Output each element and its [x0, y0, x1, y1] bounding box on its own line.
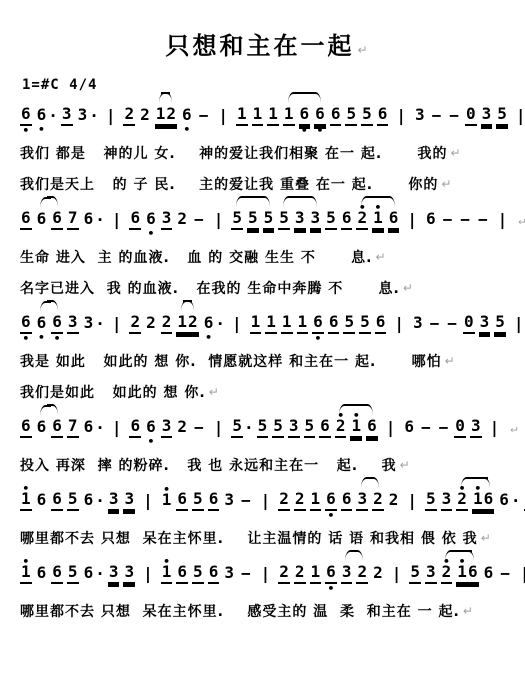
high-octave-dot: • — [459, 483, 466, 494]
barline: | — [143, 566, 153, 582]
note: 5 — [359, 314, 371, 334]
note: 6 — [20, 210, 32, 230]
note: 3 — [223, 492, 235, 510]
note: 6 — [129, 210, 141, 230]
note-digit: 5 — [304, 418, 316, 438]
note-digit: 3 — [108, 564, 120, 584]
note-digit: 6 — [51, 210, 63, 230]
lyric-line: 我们是天上 的 子 民. 主的爱让我 重叠 在一 起. 你的↵ — [14, 168, 519, 199]
augmentation-dot: · — [511, 493, 521, 509]
note-digit: 5 — [247, 210, 259, 230]
note-digit: 6 — [83, 565, 95, 583]
lyric-line: 我们是如此 如此的 想 你.↵ — [14, 376, 519, 407]
note-digit: 6 — [388, 210, 400, 230]
note-digit: 6 — [51, 314, 63, 334]
note: 2• — [456, 491, 468, 511]
note: 5 — [496, 106, 508, 126]
lyric-text: 我是 如此 如此的 想 你. 情愿就这样 和主在一 起. 哪怕 — [20, 351, 442, 371]
note-digit: 5 — [359, 314, 371, 334]
lyric-line: 哪里都不去 只想 呆在主怀里. 让主温情的 话 语 和我相 偎 依 我↵ — [14, 522, 519, 553]
note-digit: 6 — [129, 210, 141, 230]
note: 3 — [77, 107, 89, 125]
note-digit: 5 — [494, 314, 506, 334]
note-digit: 6 — [498, 492, 510, 510]
note-digit: 3 — [123, 564, 135, 584]
high-octave-dot: • — [443, 556, 450, 567]
note-digit: 3 — [294, 210, 306, 230]
lyric-line: 我们 都是 神的儿 女. 神的爱让我们相聚 在一 起. 我的↵ — [14, 137, 519, 168]
lyric-text: 我们 都是 神的儿 女. 神的爱让我们相聚 在一 起. 我的 — [20, 143, 448, 163]
note: 6 — [403, 419, 415, 437]
lyric-line: 我是 如此 如此的 想 你. 情愿就这样 和主在一 起. 哪怕↵ — [14, 345, 519, 376]
low-octave-dot: • — [301, 125, 308, 136]
note: 6 — [208, 564, 220, 584]
low-octave-dot: • — [205, 332, 212, 343]
note: 6• — [181, 107, 193, 125]
note-digit: 3 — [223, 492, 235, 510]
note-digit: 3 — [288, 418, 300, 438]
barline: | — [490, 420, 500, 436]
note-digit: 3 — [61, 106, 73, 126]
return-mark: ↵ — [400, 458, 411, 472]
lyric-line: 生命 进入 主 的血液. 血 的 交融 生生 不 息.↵ — [14, 241, 519, 272]
low-octave-dot: • — [38, 332, 45, 343]
augmentation-dot: · — [95, 420, 105, 436]
note-digit: 2 — [278, 491, 290, 511]
high-octave-dot: • — [163, 484, 170, 495]
note: 5 — [192, 564, 204, 584]
note-digit: 5 — [361, 106, 373, 126]
note-digit: 6 — [20, 106, 32, 126]
note-digit: 3 — [108, 491, 120, 511]
note-digit: 2 — [294, 491, 306, 511]
dash: − — [460, 212, 470, 228]
dash: − — [194, 420, 204, 436]
note: 5 — [272, 418, 284, 438]
note-digit: 5 — [278, 210, 290, 230]
note-digit: 2 — [356, 564, 368, 584]
low-octave-dot: • — [23, 125, 30, 136]
note: 6 — [176, 564, 188, 584]
note: 6 — [377, 106, 389, 126]
note: 1 — [250, 314, 262, 334]
note: 6• — [51, 314, 63, 334]
music-line: 1•6656·33|1•6563−|2216•322|532•1•66−|↵ — [14, 553, 519, 595]
note: 3 — [341, 564, 353, 584]
note: 5 — [325, 210, 337, 230]
note: 0 — [454, 418, 466, 438]
low-octave-dot: • — [328, 583, 335, 594]
note-digit: 5 — [325, 210, 337, 230]
note-digit: 6 — [176, 491, 188, 511]
low-octave-dot: • — [315, 333, 322, 344]
dash: − — [430, 316, 440, 332]
dash: − — [432, 108, 442, 124]
dash: − — [449, 108, 459, 124]
note: 3 — [223, 565, 235, 583]
note: 6 — [51, 564, 63, 584]
note-digit: 6 — [299, 106, 311, 126]
note-digit: 1 — [252, 106, 264, 126]
note: 5 — [67, 491, 79, 511]
note: 6 — [498, 492, 510, 510]
note: 6 — [36, 211, 48, 229]
note-digit: 7 — [67, 418, 79, 438]
note-digit: 3 — [356, 491, 368, 511]
note: 5 — [304, 418, 316, 438]
note: 3 — [310, 210, 322, 230]
lyric-text: 生命 进入 主 的血液. 血 的 交融 生生 不 息. — [20, 247, 373, 267]
note: 6 — [51, 210, 63, 230]
augmentation-dot: · — [48, 108, 58, 124]
note: 1• — [161, 492, 173, 510]
note: 1 — [283, 106, 295, 126]
music-line: 1•6656·33|1•6563−|2216•6322|532•1•66·3|↵ — [14, 480, 519, 522]
augmentation-dot: · — [215, 316, 225, 332]
note: 6 — [375, 314, 387, 334]
note-digit: 5 — [192, 491, 204, 511]
note: 3 — [61, 106, 73, 126]
note: 3 — [67, 314, 79, 334]
dash: − — [443, 212, 453, 228]
barline: | — [394, 316, 404, 332]
lyric-text: 投入 再深 摔 的粉碎. 我 也 永远和主在一 起. 我 — [20, 455, 397, 475]
note-digit: 6 — [51, 564, 63, 584]
return-mark: ↵ — [518, 214, 525, 226]
note-digit: 1 — [283, 106, 295, 126]
note-digit: 6 — [83, 419, 95, 437]
barline: | — [520, 566, 525, 582]
note-digit: 2 — [129, 314, 141, 334]
note: 3 — [294, 210, 306, 230]
key-signature: 1=#C 4/4 — [22, 77, 519, 93]
note-digit: 1 — [281, 314, 293, 334]
note-digit: 3 — [223, 565, 235, 583]
note: 6 — [467, 564, 479, 584]
note-digit: 3 — [67, 314, 79, 334]
note-digit: 3 — [83, 315, 95, 333]
lyric-line: 名字已进入 我 的血液. 在我的 生命中奔腾 不 息.↵ — [14, 272, 519, 303]
music-line: 66676·|66•32−|555533562•1•6|6−−−|↵ — [14, 199, 519, 241]
note-digit: 6 — [20, 418, 32, 438]
note: 2 — [278, 564, 290, 584]
note: 2 — [145, 315, 157, 333]
return-mark: ↵ — [463, 604, 474, 618]
note: 3 — [425, 564, 437, 584]
note: 1 — [252, 106, 264, 126]
note-digit: 3 — [123, 491, 135, 511]
note-digit: 2 — [176, 419, 188, 437]
note: 3 — [108, 491, 120, 511]
note-digit: 1 — [250, 314, 262, 334]
barline: | — [232, 316, 242, 332]
note-digit: 6 — [341, 491, 353, 511]
note-digit: 6 — [36, 565, 48, 583]
note-digit: 5 — [67, 491, 79, 511]
note-digit: 6 — [176, 564, 188, 584]
barline: | — [112, 420, 122, 436]
note: 6 — [366, 418, 378, 438]
note: 6• — [325, 564, 337, 584]
note: 1 — [281, 314, 293, 334]
barline: | — [218, 108, 228, 124]
note-digit: 6 — [83, 211, 95, 229]
song-title: 只想和主在一起 — [165, 32, 354, 60]
barline: | — [498, 212, 508, 228]
augmentation-dot: · — [95, 566, 105, 582]
note: 6• — [203, 315, 215, 333]
note: 6 — [83, 419, 95, 437]
dash: − — [439, 420, 449, 436]
note: 6 — [483, 565, 495, 583]
note: 2 — [294, 564, 306, 584]
note: 3 — [83, 315, 95, 333]
note-digit: 6 — [425, 211, 437, 229]
note-digit: 5 — [272, 418, 284, 438]
note: 1 — [310, 491, 322, 511]
note: 7 — [67, 418, 79, 438]
note: 7 — [67, 210, 79, 230]
note-digit: 6 — [325, 564, 337, 584]
note: 6• — [312, 314, 324, 334]
high-octave-dot: • — [337, 410, 344, 421]
note-digit: 3 — [341, 564, 353, 584]
note-digit: 0 — [465, 106, 477, 126]
note: 1• — [161, 564, 173, 584]
note: 2 — [388, 492, 400, 510]
barline: | — [261, 493, 271, 509]
note-digit: 6 — [51, 491, 63, 511]
note: 5 — [278, 210, 290, 230]
high-octave-dot: • — [23, 483, 30, 494]
score: 6•6•·33·|22126•−|11116•6•6556|3−−035|↵我们… — [14, 95, 519, 626]
note: 1• — [20, 564, 32, 584]
dash: − — [421, 420, 431, 436]
note: 2 — [176, 211, 188, 229]
note-digit: 6 — [129, 418, 141, 438]
note: 5 — [67, 564, 79, 584]
note: 6 — [425, 211, 437, 229]
note: 5 — [425, 491, 437, 511]
low-octave-dot: • — [54, 333, 61, 344]
barline: | — [112, 212, 122, 228]
note: 6• — [145, 419, 157, 437]
note: 2 — [176, 419, 188, 437]
note-digit: 6 — [36, 419, 48, 437]
note: 5 — [361, 106, 373, 126]
note-digit: 2 — [161, 314, 173, 334]
note-digit: 5 — [345, 106, 357, 126]
note-digit: 2 — [278, 564, 290, 584]
augmentation-dot: · — [89, 108, 99, 124]
note-digit: 3 — [479, 314, 491, 334]
dash: − — [447, 316, 457, 332]
lyric-text: 名字已进入 我 的血液. 在我的 生命中奔腾 不 息. — [20, 278, 400, 298]
note: 3 — [161, 418, 173, 438]
note: 6 — [36, 492, 48, 510]
note: 6 — [208, 491, 220, 511]
lyric-text: 我们是如此 如此的 想 你. — [20, 382, 206, 402]
note: 3 — [108, 564, 120, 584]
low-octave-dot: • — [23, 333, 30, 344]
note: 6• — [20, 106, 32, 126]
note-digit: 6 — [467, 564, 479, 584]
note-digit: 1 — [310, 564, 322, 584]
dash: − — [500, 566, 510, 582]
note: 1 — [265, 314, 277, 334]
note: 2 — [372, 565, 384, 583]
low-octave-dot: • — [148, 436, 155, 447]
dash: − — [199, 108, 209, 124]
note: 3 — [414, 107, 426, 125]
barline: | — [396, 108, 406, 124]
note-digit: 5 — [257, 418, 269, 438]
note-digit: 6 — [314, 106, 326, 126]
note: 5 — [263, 210, 275, 230]
note: 2 — [123, 106, 135, 126]
dash: − — [241, 566, 251, 582]
barline: | — [386, 420, 396, 436]
note: 6 — [36, 565, 48, 583]
note-digit: 0 — [463, 314, 475, 334]
note-digit: 6 — [83, 492, 95, 510]
note-digit: 6 — [51, 418, 63, 438]
note-digit: 1 — [265, 314, 277, 334]
note: 6• — [36, 107, 48, 125]
barline: | — [392, 566, 402, 582]
note: 2 — [187, 314, 199, 334]
barline: | — [407, 493, 417, 509]
title-row: 只想和主在一起↵ — [14, 26, 519, 61]
note-digit: 1 — [236, 106, 248, 126]
note: 6 — [51, 491, 63, 511]
note-digit: 6 — [366, 418, 378, 438]
note: 6 — [341, 210, 353, 230]
low-octave-dot: • — [148, 228, 155, 239]
high-octave-dot: • — [353, 410, 360, 421]
low-octave-dot: • — [38, 124, 45, 135]
note-digit: 1 — [267, 106, 279, 126]
note: 2 — [161, 314, 173, 334]
note-digit: 1 — [297, 314, 309, 334]
return-mark: ↵ — [403, 281, 414, 295]
note: 3 — [161, 210, 173, 230]
note-digit: 7 — [67, 210, 79, 230]
note-digit: 2 — [294, 564, 306, 584]
note-digit: 3 — [441, 491, 453, 511]
note-digit: 6 — [312, 314, 324, 334]
note-digit: 3 — [161, 210, 173, 230]
augmentation-dot: · — [95, 316, 105, 332]
return-mark: ↵ — [376, 250, 387, 264]
note-digit: 2 — [372, 491, 384, 511]
note: 1 — [236, 106, 248, 126]
high-octave-dot: • — [163, 556, 170, 567]
note-digit: 5 — [263, 210, 275, 230]
note: 3 — [356, 491, 368, 511]
note: 3 — [479, 314, 491, 334]
dash: − — [241, 493, 251, 509]
music-line: 6•6•6•33·|222126•·|11116•6556|3−−035|↵ — [14, 303, 519, 345]
note: 2 — [139, 107, 151, 125]
note-digit: 2 — [388, 492, 400, 510]
augmentation-dot: · — [95, 493, 105, 509]
note-digit: 2 — [372, 565, 384, 583]
note-digit: 6 — [330, 106, 342, 126]
note-digit: 6 — [377, 106, 389, 126]
note-digit: 6 — [328, 314, 340, 334]
low-octave-dot: • — [184, 124, 191, 135]
note-digit: 5 — [231, 210, 243, 230]
return-mark: ↵ — [451, 146, 462, 160]
note: 3 — [288, 418, 300, 438]
note-digit: 5 — [192, 564, 204, 584]
note: 6 — [341, 491, 353, 511]
barline: | — [261, 566, 271, 582]
note: 1 — [310, 564, 322, 584]
note: 2 — [165, 106, 177, 126]
note-digit: 6 — [375, 314, 387, 334]
note: 3 — [481, 106, 493, 126]
note: 5 — [343, 314, 355, 334]
note: 6 — [388, 210, 400, 230]
high-octave-dot: • — [23, 556, 30, 567]
note: 6 — [328, 314, 340, 334]
note: 3 — [123, 491, 135, 511]
music-line: 66676·|66•32−|5·553562•1•6|6−−03|↵ — [14, 407, 519, 449]
note: 2• — [335, 418, 347, 438]
note: 6• — [314, 106, 326, 126]
note: 3 — [412, 315, 424, 333]
note: 5 — [247, 210, 259, 230]
return-mark: ↵ — [445, 354, 456, 368]
note-digit: 5 — [409, 564, 421, 584]
note-digit: 6 — [319, 418, 331, 438]
note-digit: 6 — [325, 491, 337, 511]
note-digit: 5 — [343, 314, 355, 334]
note: 5 — [494, 314, 506, 334]
note-digit: 3 — [470, 418, 482, 438]
note: 6 — [330, 106, 342, 126]
note: 1• — [20, 491, 32, 511]
note-digit: 5 — [67, 564, 79, 584]
note: 6 — [51, 418, 63, 438]
note-digit: 3 — [425, 564, 437, 584]
note: 6 — [319, 418, 331, 438]
barline: | — [214, 420, 224, 436]
note: 2• — [356, 210, 368, 230]
return-mark: ↵ — [481, 531, 492, 545]
note-digit: 6 — [403, 419, 415, 437]
low-octave-dot: • — [317, 125, 324, 136]
note: 2 — [278, 491, 290, 511]
note-digit: 2 — [176, 211, 188, 229]
note-digit: 5 — [231, 418, 243, 438]
note-digit: 6 — [20, 210, 32, 230]
note-digit: 6 — [36, 211, 48, 229]
note: 5 — [257, 418, 269, 438]
lyric-line: 投入 再深 摔 的粉碎. 我 也 永远和主在一 起. 我↵ — [14, 449, 519, 480]
note: 6 — [83, 211, 95, 229]
high-octave-dot: • — [359, 202, 366, 213]
dash: − — [478, 212, 488, 228]
note: 6 — [176, 491, 188, 511]
note-digit: 6 — [483, 491, 495, 511]
note-digit: 6 — [208, 491, 220, 511]
barline: | — [516, 108, 525, 124]
barline: | — [106, 108, 116, 124]
note-digit: 6 — [208, 564, 220, 584]
